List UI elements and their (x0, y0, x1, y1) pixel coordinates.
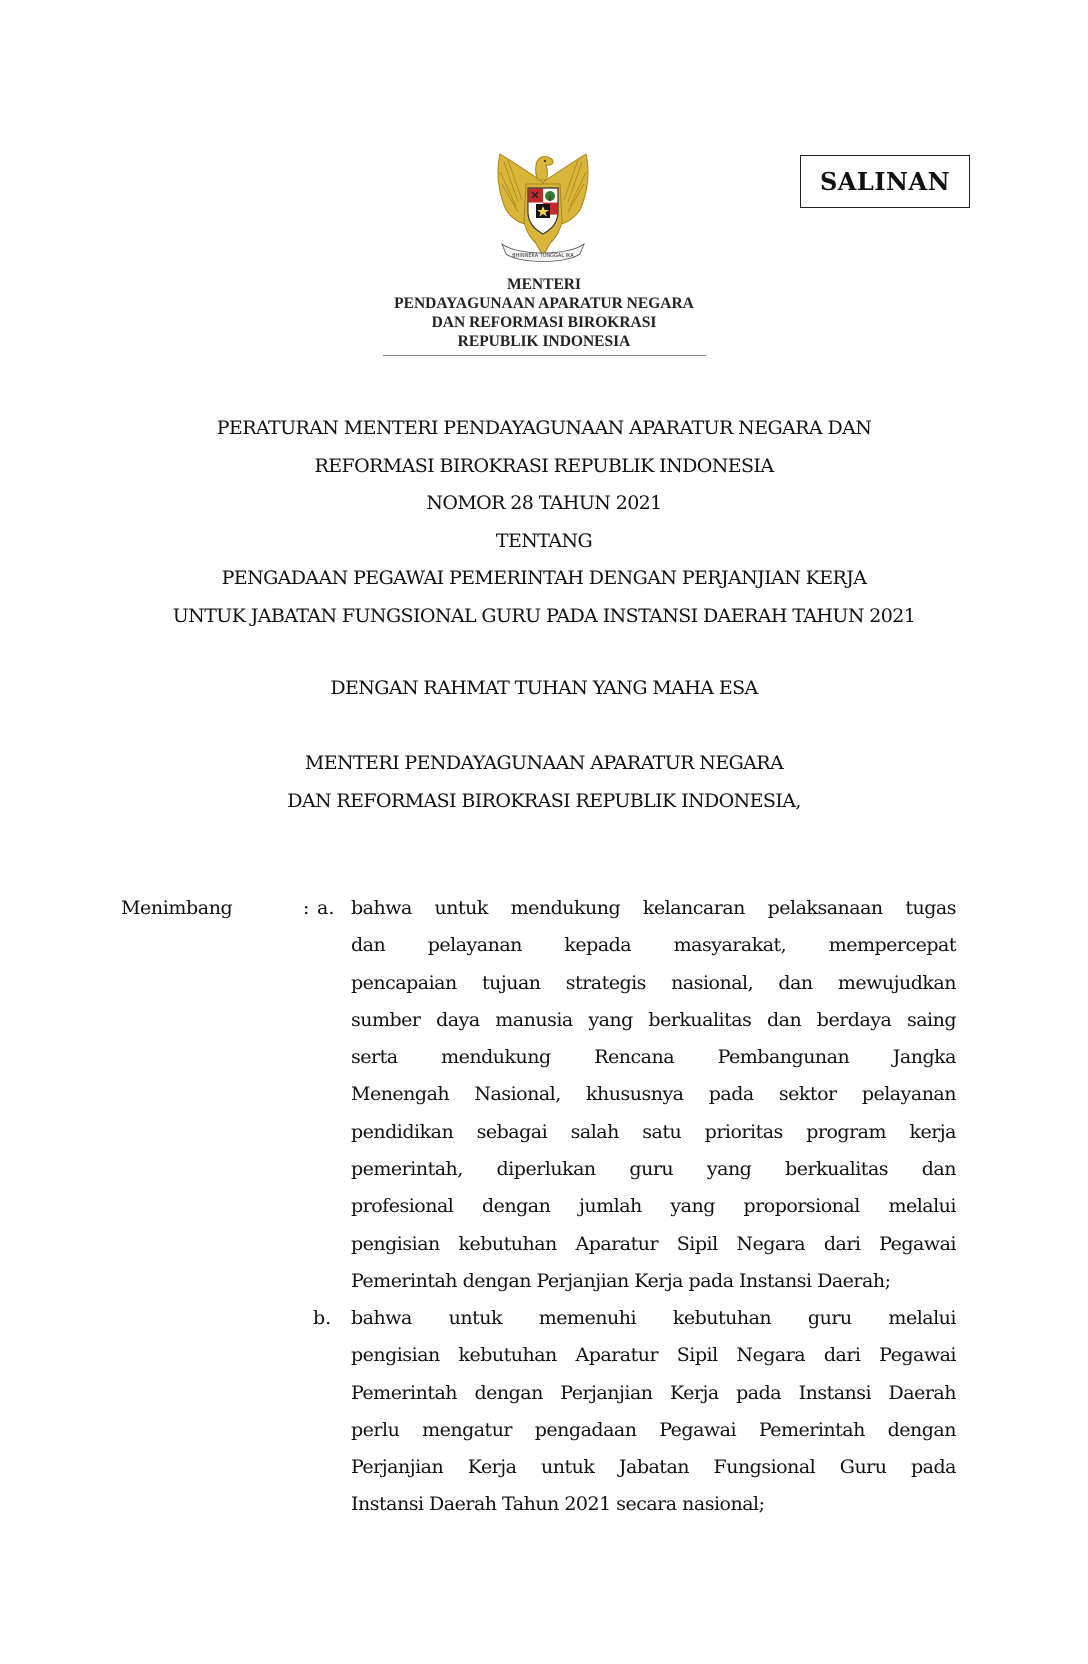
svg-text:BHINNEKA TUNGGAL IKA: BHINNEKA TUNGGAL IKA (512, 253, 574, 259)
letterhead-line: MENTERI (380, 275, 708, 294)
text-line: profesional dengan jumlah yang proporsio… (351, 1188, 956, 1225)
title-line: REFORMASI BIROKRASI REPUBLIK INDONESIA (0, 448, 1088, 486)
item-letter-b: b. (313, 1300, 331, 1337)
item-letter-a: a. (317, 890, 334, 927)
letterhead-line: DAN REFORMASI BIROKRASI (380, 313, 708, 332)
text-line: Perjanjian Kerja untuk Jabatan Fungsiona… (351, 1449, 956, 1486)
text-line: Pemerintah dengan Perjanjian Kerja pada … (351, 1375, 956, 1412)
text-line: Menengah Nasional, khususnya pada sektor… (351, 1076, 956, 1113)
menimbang-colon: : (303, 890, 309, 927)
letterhead-line: PENDAYAGUNAAN APARATUR NEGARA (380, 294, 708, 313)
issuer: MENTERI PENDAYAGUNAAN APARATUR NEGARA DA… (0, 745, 1088, 820)
text-line: bahwa untuk memenuhi kebutuhan guru mela… (351, 1300, 956, 1337)
letterhead-divider (383, 355, 706, 356)
title-line: NOMOR 28 TAHUN 2021 (0, 485, 1088, 523)
issuer-line: DAN REFORMASI BIROKRASI REPUBLIK INDONES… (0, 783, 1088, 821)
text-line: pencapaian tujuan strategis nasional, da… (351, 965, 956, 1002)
text-line: Pemerintah dengan Perjanjian Kerja pada … (351, 1263, 956, 1300)
regulation-title: PERATURAN MENTERI PENDAYAGUNAAN APARATUR… (0, 410, 1088, 635)
title-line: UNTUK JABATAN FUNGSIONAL GURU PADA INSTA… (0, 598, 1088, 636)
consideration-item-a: bahwa untuk mendukung kelancaran pelaksa… (351, 890, 956, 1300)
invocation: DENGAN RAHMAT TUHAN YANG MAHA ESA (0, 670, 1088, 707)
text-line: pengisian kebutuhan Aparatur Sipil Negar… (351, 1337, 956, 1374)
menimbang-label: Menimbang (121, 890, 232, 927)
issuer-line: MENTERI PENDAYAGUNAAN APARATUR NEGARA (0, 745, 1088, 783)
text-line: Instansi Daerah Tahun 2021 secara nasion… (351, 1486, 956, 1523)
text-line: pemerintah, diperlukan guru yang berkual… (351, 1151, 956, 1188)
garuda-pancasila-emblem-icon: BHINNEKA TUNGGAL IKA (488, 152, 598, 268)
text-line: pendidikan sebagai salah satu prioritas … (351, 1114, 956, 1151)
title-line: PENGADAAN PEGAWAI PEMERINTAH DENGAN PERJ… (0, 560, 1088, 598)
title-line: PERATURAN MENTERI PENDAYAGUNAAN APARATUR… (0, 410, 1088, 448)
letterhead-line: REPUBLIK INDONESIA (380, 332, 708, 351)
letterhead: MENTERI PENDAYAGUNAAN APARATUR NEGARA DA… (380, 275, 708, 351)
text-line: sumber daya manusia yang berkualitas dan… (351, 1002, 956, 1039)
text-line: dan pelayanan kepada masyarakat, memperc… (351, 927, 956, 964)
text-line: bahwa untuk mendukung kelancaran pelaksa… (351, 890, 956, 927)
title-line: TENTANG (0, 523, 1088, 561)
salinan-stamp: SALINAN (800, 155, 970, 208)
text-line: pengisian kebutuhan Aparatur Sipil Negar… (351, 1226, 956, 1263)
consideration-item-b: bahwa untuk memenuhi kebutuhan guru mela… (351, 1300, 956, 1524)
text-line: perlu mengatur pengadaan Pegawai Pemerin… (351, 1412, 956, 1449)
text-line: serta mendukung Rencana Pembangunan Jang… (351, 1039, 956, 1076)
